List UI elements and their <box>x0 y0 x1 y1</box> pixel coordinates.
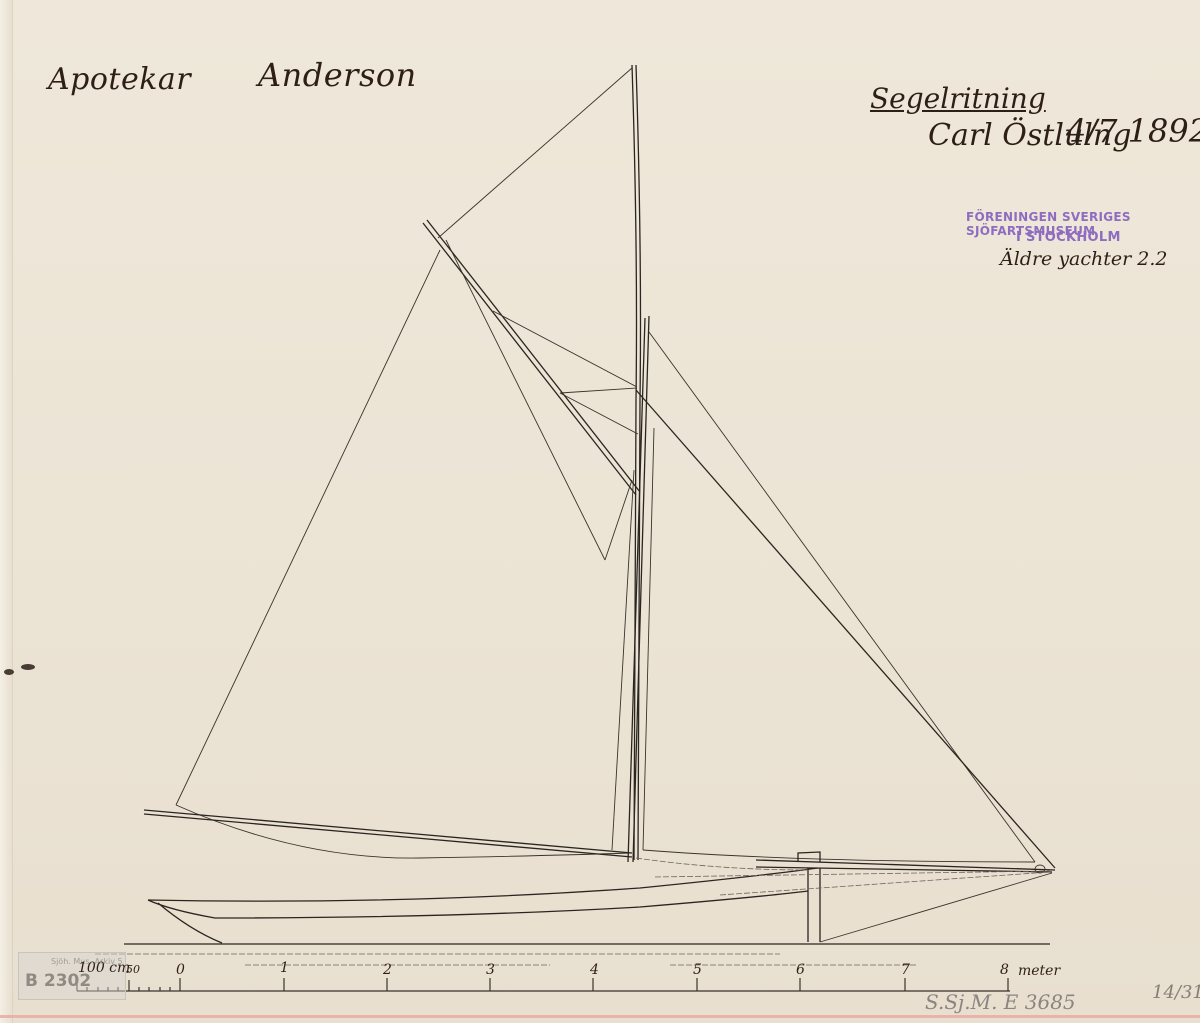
scale-bar <box>77 978 1010 991</box>
scale-tick-7: 7 <box>901 962 910 978</box>
drawing-title: Segelritning <box>870 82 1046 115</box>
drawing-date: 4/7 1892 <box>1066 112 1200 150</box>
scale-tick-6: 6 <box>796 962 805 978</box>
scale-tick-8: 8 <box>1000 962 1009 978</box>
margin-rule <box>0 1015 1200 1018</box>
owner-label: Apotekar <box>48 62 191 97</box>
scale-zero: 0 <box>176 962 185 978</box>
scale-unit-label: meter <box>1018 963 1060 979</box>
scale-tick-4: 4 <box>590 962 599 978</box>
scale-tick-5: 5 <box>693 962 702 978</box>
hull <box>148 858 1052 943</box>
catalog-note: Äldre yachter 2.2 <box>1000 248 1167 270</box>
ink-blot <box>4 664 35 675</box>
gaff <box>423 220 640 495</box>
scale-tick-2: 2 <box>383 962 392 978</box>
jib <box>643 332 1035 862</box>
scale-tick-3: 3 <box>486 962 495 978</box>
scale-unit-small: 100 cm <box>78 960 130 976</box>
mainsail <box>176 240 634 858</box>
reference-number: S.Sj.M. E 3685 <box>925 990 1076 1014</box>
boom <box>144 810 632 857</box>
scale-half-mark: 50 <box>126 963 140 976</box>
sheet-number: 14/31 <box>1152 982 1200 1003</box>
topsail <box>438 68 638 434</box>
drawing-sheet: Apotekar Anderson Segelritning Carl Östl… <box>0 0 1200 1023</box>
scale-tick-1: 1 <box>280 960 289 976</box>
forestay <box>636 390 1055 868</box>
museum-stamp-line-2: I STOCKHOLM <box>1016 230 1121 245</box>
sail-plan-drawing <box>0 0 1200 1023</box>
owner-name: Anderson <box>258 56 417 94</box>
